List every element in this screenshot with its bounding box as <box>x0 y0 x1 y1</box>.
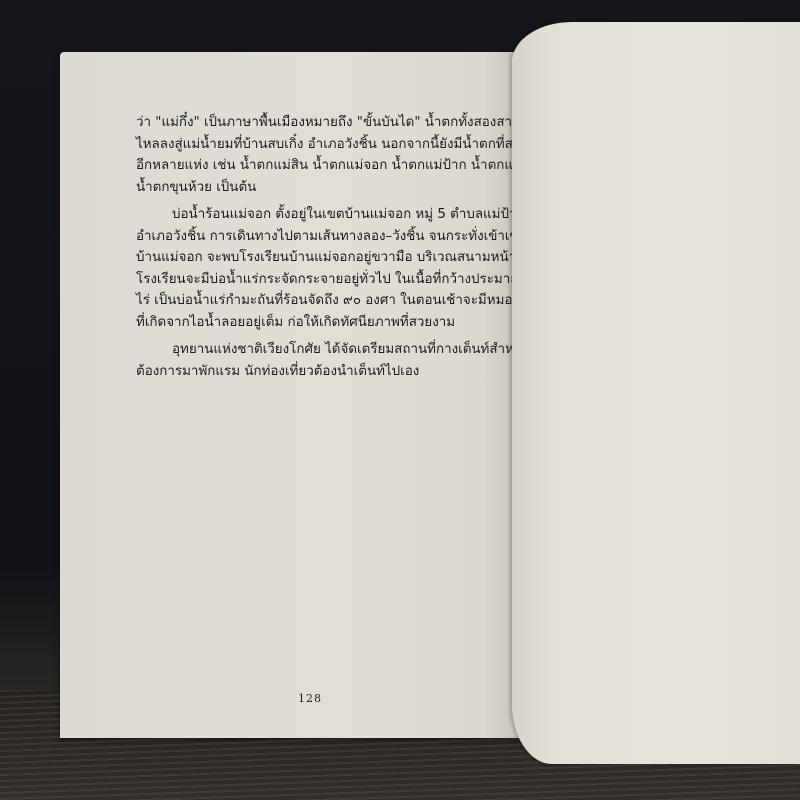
page-body-text: ว่า "แม่กึ๋ง" เป็นภาษาพื้นเมืองหมายถึง "… <box>136 112 516 388</box>
right-page-blank <box>512 22 800 764</box>
text-line: โรงเรียนจะมีบ่อน้ำแร่กระจัดกระจายอยู่ทั่… <box>136 269 516 291</box>
text-line: บ้านแม่จอก จะพบโรงเรียนบ้านแม่จอกอยู่ขวา… <box>136 247 516 269</box>
text-line: ว่า "แม่กึ๋ง" เป็นภาษาพื้นเมืองหมายถึง "… <box>136 112 516 134</box>
page-number: 128 <box>298 692 322 705</box>
left-page: ว่า "แม่กึ๋ง" เป็นภาษาพื้นเมืองหมายถึง "… <box>60 52 520 738</box>
paragraph-national-park: อุทยานแห่งชาติเวียงโกศัย ได้จัดเตรียมสถา… <box>136 339 516 382</box>
text-line: ต้องการมาพักแรม นักท่องเที่ยวต้องนำเต็นท… <box>136 361 516 383</box>
text-line: อีกหลายแห่ง เช่น น้ำตกแม่สิน น้ำตกแม่จอก… <box>136 155 516 177</box>
text-line: ที่เกิดจากไอน้ำลอยอยู่เต็ม ก่อให้เกิดทัศ… <box>136 312 516 334</box>
text-line: น้ำตกขุนห้วย เป็นต้น <box>136 177 516 199</box>
paragraph-hot-spring: บ่อน้ำร้อนแม่จอก ตั้งอยู่ในเขตบ้านแม่จอก… <box>136 204 516 333</box>
text-line: อุทยานแห่งชาติเวียงโกศัย ได้จัดเตรียมสถา… <box>136 339 516 361</box>
text-line: บ่อน้ำร้อนแม่จอก ตั้งอยู่ในเขตบ้านแม่จอก… <box>136 204 516 226</box>
text-line: อำเภอวังชิ้น การเดินทางไปตามเส้นทางลอง–ว… <box>136 226 516 248</box>
text-line: ไร่ เป็นบ่อน้ำแร่กำมะถันที่ร้อนจัดถึง ๙๐… <box>136 290 516 312</box>
paragraph-waterfalls: ว่า "แม่กึ๋ง" เป็นภาษาพื้นเมืองหมายถึง "… <box>136 112 516 198</box>
text-line: ไหลลงสู่แม่น้ำยมที่บ้านสบเกิ๋ง อำเภอวังช… <box>136 134 516 156</box>
